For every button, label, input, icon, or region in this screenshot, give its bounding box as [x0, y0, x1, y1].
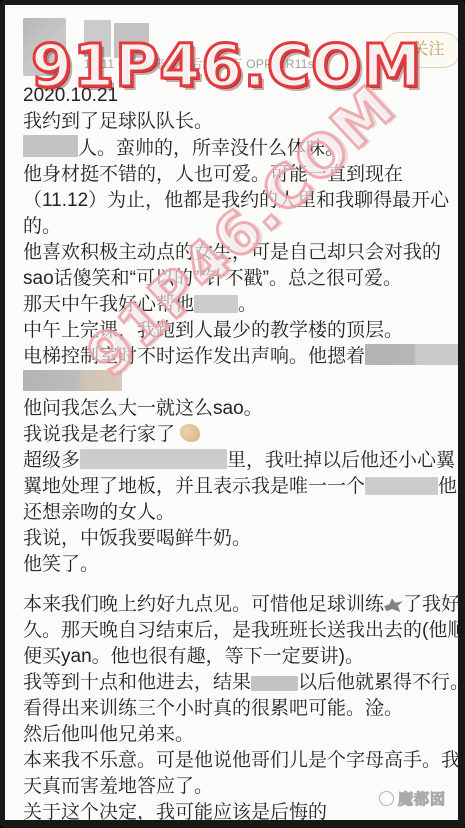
- screenshot-frame: 11-11 07:20 来自前后2000万 OPPO R11s + 关注 202…: [0, 0, 465, 828]
- post-line: 他笑了。: [23, 552, 457, 578]
- redacted-blur: [251, 676, 298, 691]
- line-spacer: [23, 578, 457, 592]
- post-line: 我约到了足球队队长。: [23, 109, 457, 135]
- redacted-blur: [194, 295, 238, 313]
- avatar[interactable]: [23, 18, 66, 76]
- post-text: 中午上完课，我跑到人最少的教学楼的顶层。: [23, 320, 403, 341]
- post-text: 我说我是老行家了: [23, 424, 180, 445]
- dove-emoji: [384, 597, 403, 612]
- post-text: 他问我怎么大一就这么sao。: [23, 398, 263, 419]
- post-line: 我说我是老行家了: [23, 422, 457, 448]
- post-text: 还想亲吻的女人。: [23, 502, 175, 523]
- post-line: 电梯控制室时不时运作发出声响。他摁着: [23, 344, 457, 370]
- post-line: 超级多里，我吐掉以后他还小心翼: [23, 448, 457, 474]
- post-text: 看得出来训练三个小时真的很累吧可能。淦。: [23, 698, 403, 719]
- post-line: sao话傻笑和“可以的”“针不戳”。总之很可爱。: [23, 266, 457, 292]
- post-text: 久。那天晚自习结束后，是我班班长送我出去的(他顺: [23, 620, 458, 641]
- post-text: sao话傻笑和“可以的”“针不戳”。总之很可爱。: [23, 268, 402, 289]
- post-line: 还想亲吻的女人。: [23, 500, 457, 526]
- post-line: 那天中午我好心帮他。: [23, 292, 457, 318]
- post-line: 他问我怎么大一就这么sao。: [23, 396, 457, 422]
- post-line: 然后他叫他兄弟来。: [23, 722, 457, 748]
- post-line: 天真而害羞地答应了。: [23, 774, 457, 800]
- post-text: 他: [438, 476, 457, 497]
- redacted-blur: [23, 135, 78, 157]
- post-text: 翼地处理了地板，并且表示我是唯一一个: [23, 476, 365, 497]
- post-text: 超级多: [23, 450, 80, 471]
- post-meta-source: 11-11 07:20 来自前后2000万 OPPO R11s: [84, 55, 314, 72]
- post-card: 11-11 07:20 来自前后2000万 OPPO R11s + 关注 202…: [5, 5, 458, 820]
- post-line: 翼地处理了地板，并且表示我是唯一一个他: [23, 474, 457, 500]
- post-line: 久。那天晚自习结束后，是我班班长送我出去的(他顺: [23, 618, 457, 644]
- post-line: 的。: [23, 214, 457, 240]
- post-text: 我等到十点和他进去，结果: [23, 672, 251, 693]
- post-line: 他身材挺不错的，人也可爱。可能一直到现在: [23, 162, 457, 188]
- post-line: （11.12）为止，他都是我约的人里和我聊得最开心: [23, 188, 457, 214]
- post-text: 便买yan。他也很有趣，等下一定要讲)。: [23, 646, 364, 667]
- post-line: 看得出来训练三个小时真的很累吧可能。淦。: [23, 696, 457, 722]
- post-text: （11.12）为止，他都是我约的人里和我聊得最开心: [23, 190, 449, 211]
- follow-button[interactable]: + 关注: [382, 32, 458, 68]
- post-text: 他喜欢积极主动点的女生，可是自己却只会对我的: [23, 242, 441, 263]
- username-redacted-blur: [114, 23, 149, 58]
- post-line: 本来我不乐意。可是他说他哥们儿是个字母高手。我: [23, 748, 457, 774]
- post-line: 我说，中饭我要喝鲜牛奶。: [23, 526, 457, 552]
- post-line: 人。蛮帅的，所幸没什么体味。: [23, 135, 457, 162]
- post-text: 然后他叫他兄弟来。: [23, 724, 194, 745]
- post-text: 我说，中饭我要喝鲜牛奶。: [23, 528, 251, 549]
- redacted-blur: [80, 449, 227, 469]
- post-text: 了我好: [403, 594, 458, 615]
- post-line: 2020.10.21: [23, 83, 457, 109]
- post-line: 中午上完课，我跑到人最少的教学楼的顶层。: [23, 318, 457, 344]
- hand-emoji: [180, 424, 200, 442]
- post-text: 以后他就累得不行。: [298, 672, 458, 693]
- post-text: 天真而害羞地答应了。: [23, 776, 213, 797]
- post-line: 他喜欢积极主动点的女生，可是自己却只会对我的: [23, 240, 457, 266]
- post-text: 关于这个决定，我可能应该是后悔的: [23, 802, 327, 820]
- redacted-blur: [365, 477, 438, 495]
- post-text: 我约到了足球队队长。: [23, 111, 213, 132]
- username-redacted-blur: [84, 20, 111, 57]
- post-line: 我等到十点和他进去，结果以后他就累得不行。: [23, 670, 457, 696]
- redacted-blur: [365, 344, 458, 365]
- post-line: 本来我们晚上约好九点见。可惜他足球训练了我好: [23, 592, 457, 618]
- post-line: 关于这个决定，我可能应该是后悔的: [23, 800, 457, 820]
- post-line: 便买yan。他也很有趣，等下一定要讲)。: [23, 644, 457, 670]
- post-text: 。: [238, 294, 257, 315]
- post-body: 2020.10.21我约到了足球队队长。人。蛮帅的，所幸没什么体味。他身材挺不错…: [23, 83, 457, 820]
- post-text: 本来我不乐意。可是他说他哥们儿是个字母高手。我: [23, 750, 458, 771]
- post-text: 的。: [23, 216, 61, 237]
- post-text: 那天中午我好心帮他: [23, 294, 194, 315]
- post-text: 本来我们晚上约好九点见。可惜他足球训练: [23, 594, 384, 615]
- post-text: 人。蛮帅的，所幸没什么体味。: [78, 138, 344, 159]
- redacted-blur: [23, 370, 122, 391]
- post-line: [23, 370, 457, 396]
- post-text: 他身材挺不错的，人也可爱。可能一直到现在: [23, 164, 403, 185]
- post-text: 电梯控制室时不时运作发出声响。他摁着: [23, 346, 365, 367]
- post-text: 2020.10.21: [23, 85, 118, 106]
- post-text: 里，我吐掉以后他还小心翼: [227, 450, 455, 471]
- post-text: 他笑了。: [23, 554, 99, 575]
